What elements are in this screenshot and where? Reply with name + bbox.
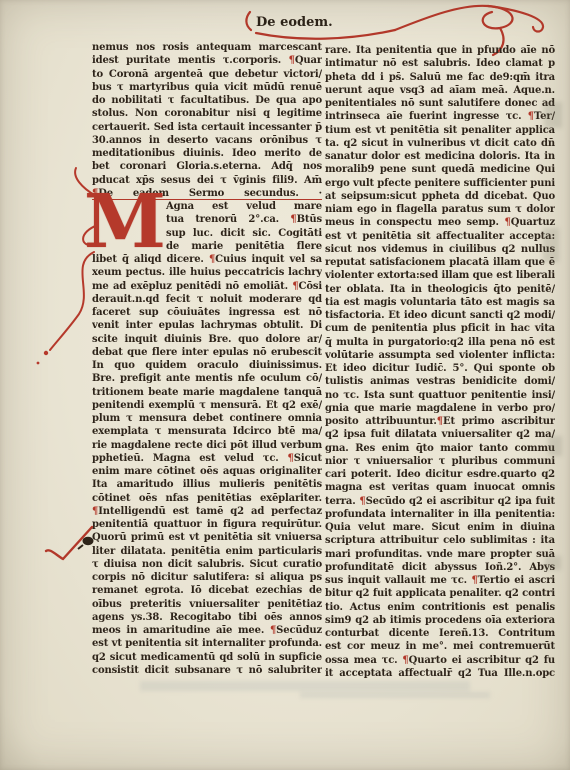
text-line: uerunt aque vsq3 ad aīam meā. Aque.n. bbox=[325, 84, 555, 97]
text-line: meus in conspectu meo semp. ¶Quartuz bbox=[325, 216, 555, 229]
text-line: it acceptata affectualr̄ q2 Tua Ille.n.o… bbox=[325, 667, 555, 680]
text-line: debat que flere inter epulas nō erubesci… bbox=[92, 346, 322, 359]
text-line: mari profunditas. vnde mare propter suā bbox=[325, 548, 555, 561]
text-line: sanatur dolor est medicina doloris. Ita … bbox=[325, 150, 555, 163]
text-line: cōtinet oēs nfas penitētias exēplariter. bbox=[92, 492, 322, 505]
text-line: meos in amaritudine aīe mee. ¶Secūduz bbox=[92, 624, 322, 637]
text-line: gna. Res enim q̄to maior tanto commu bbox=[325, 442, 555, 455]
paraph-mark: ¶ bbox=[209, 254, 215, 265]
text-line: tisfactoria. Et ideo dicunt sancti q2 mo… bbox=[325, 309, 555, 322]
left-column: M nemus nos rosis antequam marcescantide… bbox=[92, 41, 322, 677]
paraph-mark: ¶ bbox=[92, 506, 98, 517]
text-line: scite inquit diuinis Bre. quo dolore ar/ bbox=[92, 333, 322, 346]
text-line: consistit dicit subsanare τ nō salubrite… bbox=[92, 664, 322, 677]
running-header: De eodem. bbox=[256, 15, 333, 30]
text-line: intrinseca aīe fuerint ingresse τc. ¶Ter… bbox=[325, 110, 555, 123]
text-line: Quia velut mare. Sicut enim in diuina bbox=[325, 521, 555, 534]
text-line: at seipsum:sicut ppheta dd̄ dicebat. Quo bbox=[325, 190, 555, 203]
text-line: plum τ mensura debet continere omnia bbox=[92, 412, 322, 425]
text-line: magna est veritas quam inuocat omnis bbox=[325, 481, 555, 494]
text-line: remanet egrota. Iō dicebat ezechias de bbox=[92, 584, 322, 597]
text-line: ta. q2 sicut in vulneribus vt dicit cato… bbox=[325, 137, 555, 150]
text-line: pphetieū. Magna est velud τc. ¶Sicut bbox=[92, 452, 322, 465]
text-line: q2 ipsa fuit dilatata vniuersaliter q2 m… bbox=[325, 428, 555, 441]
text-line: pheta dd̄ i ps̄. Saluū me fac de9:qm̄ it… bbox=[325, 71, 555, 84]
show-through-smudge bbox=[140, 681, 470, 691]
text-line: no τc. Ista sunt quattuor penitentie ins… bbox=[325, 389, 555, 402]
paraph-mark: ¶ bbox=[528, 111, 534, 122]
text-line: tium est vt penitētia sit penaliter appl… bbox=[325, 124, 555, 137]
paraph-mark: ¶ bbox=[402, 655, 408, 666]
text-line: gnia que marie magdalene in verbo pro/ bbox=[325, 402, 555, 415]
text-line: τ diuisa non dicit salubris. Sicut curat… bbox=[92, 558, 322, 571]
text-line: est vt penitentia sit internaliter profu… bbox=[92, 637, 322, 650]
book-page: De eodem. M nemus nos rosis antequam mar… bbox=[0, 0, 570, 770]
text-line: do nobilitati τ facultatibus. De qua apo bbox=[92, 94, 322, 107]
text-line: cum de penitentia plus pficit in hac vit… bbox=[325, 322, 555, 335]
text-line: tia est magis voluntaria tāto est magis … bbox=[325, 296, 555, 309]
text-line: In quo quidem oraculo diuinissimus. bbox=[92, 359, 322, 372]
paraph-mark: ¶ bbox=[270, 625, 276, 636]
paraph-mark: ¶ bbox=[292, 281, 298, 292]
text-line: bus τ martyribus quia vicit mūdū renuē bbox=[92, 81, 322, 94]
right-column: rare. Ita penitentia que in pfundo aīe n… bbox=[325, 44, 555, 680]
text-line: reputat satisfacionem placatā illam que … bbox=[325, 256, 555, 269]
text-line: sicut nos videmus in ciuilibus q2 nullus bbox=[325, 243, 555, 256]
text-line: conturbat dicente Iereñ.13. Contritum bbox=[325, 627, 555, 640]
text-line: ergo vult pfecte penitere sufficienter p… bbox=[325, 177, 555, 190]
paraph-mark: ¶ bbox=[471, 575, 477, 586]
text-line: moralib9 pene sunt quedā medicine Qui bbox=[325, 163, 555, 176]
text-line: intimatur nō est salubris. Ideo clamat p bbox=[325, 57, 555, 70]
text-line: penitentiā quattuor in figura requirūtur… bbox=[92, 518, 322, 531]
text-line: meditationibus diuinis. Ideo merito de bbox=[92, 147, 322, 160]
text-line: agens ys.38. Recogitabo tibi oēs annos bbox=[92, 611, 322, 624]
paraph-mark: ¶ bbox=[290, 214, 296, 225]
text-line: sim9 q2 ab itimis procedens oīa exterior… bbox=[325, 614, 555, 627]
text-line: terra. ¶Secūdo q2 ei ascribitur q2 ipa f… bbox=[325, 495, 555, 508]
text-line: profundata internaliter in illa penitent… bbox=[325, 508, 555, 521]
text-line: ter oblata. Ita in theologicis q̄to peni… bbox=[325, 283, 555, 296]
paraph-mark: ¶ bbox=[437, 416, 443, 427]
text-line: xeum pectus. ille huius peccatricis lach… bbox=[92, 266, 322, 279]
text-line: tio. Actus enim contritionis est penalis bbox=[325, 601, 555, 614]
text-line: posito attribuuntur.¶Et primo ascribitur bbox=[325, 415, 555, 428]
text-line: rare. Ita penitentia que in pfundo aīe n… bbox=[325, 44, 555, 57]
paraph-mark: ¶ bbox=[289, 55, 295, 66]
text-line: faceret sup cōuiuātes ingressa est nō iu… bbox=[92, 306, 322, 319]
text-line: tritionem beate marie magdalene tanquā bbox=[92, 386, 322, 399]
text-line: liter dilatata. penitētia enim particula… bbox=[92, 545, 322, 558]
text-line: enim mare cōtinet oēs aquas originaliter bbox=[92, 465, 322, 478]
text-line: Bre. prefigit ante mentis nfe oculum cō/ bbox=[92, 372, 322, 385]
paraph-mark: ¶ bbox=[288, 453, 294, 464]
text-line: corpis nō dicitur salutifera: si aliqua … bbox=[92, 571, 322, 584]
nota-mark-icon bbox=[46, 527, 94, 559]
text-line: volūtarie assumpta sed violenter inflict… bbox=[325, 349, 555, 362]
text-line: est cor meuz in me°. mei contremuerūt oī… bbox=[325, 640, 555, 653]
text-line: to Coronā argenteā que debetur victori/ bbox=[92, 68, 322, 81]
text-line: q̄ multa in purgatorio:q2 illa pena nō e… bbox=[325, 336, 555, 349]
text-line: nior τ vniuersalior τ pluribus communi bbox=[325, 455, 555, 468]
text-line: scriptura attribuitur celo sublimitas : … bbox=[325, 534, 555, 547]
paraph-mark: ¶ bbox=[505, 217, 511, 228]
text-line: q2 sicut medicamentū qd solū in supficie bbox=[92, 651, 322, 664]
text-line: me ad exēpluz penitēdi nō emoliāt. ¶Cōsi bbox=[92, 280, 322, 293]
text-line: ossa mea τc. ¶Quarto ei ascribitur q2 fu bbox=[325, 654, 555, 667]
text-line: exemplata τ mensurata Idcirco btē ma/ bbox=[92, 425, 322, 438]
lombard-initial: M bbox=[84, 193, 162, 253]
paraph-mark: ¶ bbox=[359, 496, 365, 507]
text-line: oībus preteritis vniuersaliter penitētia… bbox=[92, 598, 322, 611]
text-line: rie magdalene recte dici pōt illud verbu… bbox=[92, 439, 322, 452]
text-line: Ita amaritudo illius mulieris penitētis bbox=[92, 478, 322, 491]
text-line: derauit.n.qd fecit τ noluit moderare qd bbox=[92, 293, 322, 306]
text-line: tulistis animas vestras benidicite domi/ bbox=[325, 375, 555, 388]
text-line: violenter extorta:sed illam que est libe… bbox=[325, 269, 555, 282]
text-line: cari poterit. Ideo dicitur esdre.quarto … bbox=[325, 468, 555, 481]
text-line: idest puritate mentis τ.corporis. ¶Quar bbox=[92, 54, 322, 67]
text-line: nemus nos rosis antequam marcescant bbox=[92, 41, 322, 54]
text-line: penitendi exemplū τ mensurā. Et q2 exē/ bbox=[92, 399, 322, 412]
text-line: ¶Intelligendū est tamē q2 ad perfectaz bbox=[92, 505, 322, 518]
text-line: profunditatē dicit abyssus Ioñ.2°. Abys bbox=[325, 561, 555, 574]
show-through-smudge bbox=[300, 692, 490, 698]
text-line: Quorū primū est vt penitētia sit vniuers… bbox=[92, 531, 322, 544]
text-line: stolus. Non coronabitur nisi q legitime bbox=[92, 107, 322, 120]
text-line: venit inter epulas lachrymas obtulit. Di bbox=[92, 319, 322, 332]
text-line: Et ideo dicitur Iudic̄. 5°. Qui sponte o… bbox=[325, 362, 555, 375]
text-line: penitentiales nō sunt salutifere donec a… bbox=[325, 97, 555, 110]
text-line: 30.annos in deserto vacans orōnibus τ bbox=[92, 134, 322, 147]
text-line: sus inquit vallauit me τc. ¶Tertio ei as… bbox=[325, 574, 555, 587]
text-line: est vt penitētia sit affectualiter accep… bbox=[325, 230, 555, 243]
text-line: niam ego in flagella paratus sum τ dolor bbox=[325, 203, 555, 216]
text-line: bitur q2 fuit applicata penaliter. q2 co… bbox=[325, 587, 555, 600]
text-line: bet coronari Gloria.s.eterna. Adq̄ nos bbox=[92, 160, 322, 173]
text-line: certauerit. Sed ista certauit incessante… bbox=[92, 121, 322, 134]
